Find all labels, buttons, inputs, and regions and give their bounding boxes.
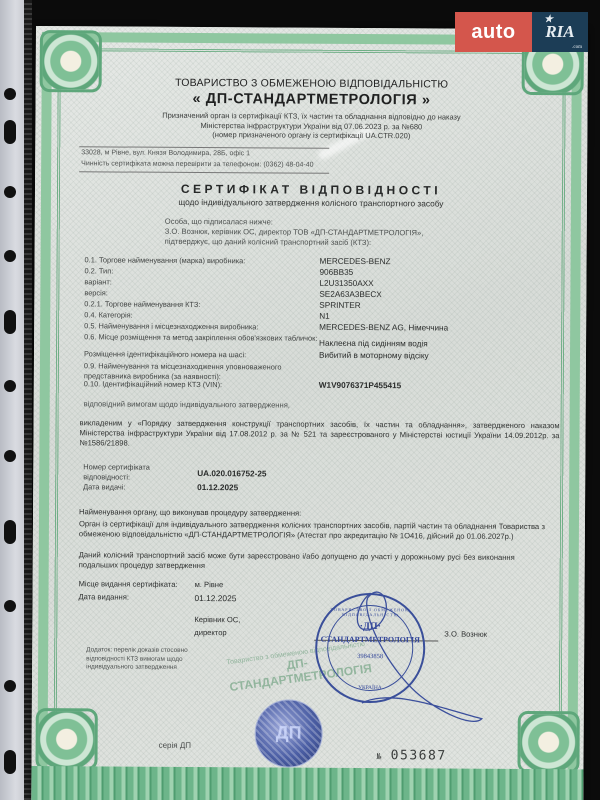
cert-number-value: UA.020.016752-25 — [197, 469, 266, 478]
issue-date-label: Дата видання: — [78, 592, 129, 602]
punch-hole — [4, 88, 16, 100]
vehicle-field-value: 906BB35 — [319, 268, 353, 277]
stamp-dp: ·ДП· — [317, 621, 423, 633]
compliance-paragraph: викладеним у «Порядку затвердження конст… — [79, 418, 559, 451]
punch-hole — [4, 186, 16, 198]
vehicle-field-label: Розміщення ідентифікаційного номера на ш… — [84, 349, 324, 360]
signer-role: Керівник ОС, — [194, 615, 240, 625]
logo-com: .com — [572, 45, 582, 50]
address-box: 33028, м Рівне, вул. Князя Володимира, 2… — [79, 146, 329, 174]
compliance-line: відповідний вимогам щодо індивідуального… — [84, 399, 290, 410]
issue-place-label: Місце видання сертифіката: — [79, 579, 178, 590]
vehicle-field-label: 0.2. Тип: — [84, 266, 324, 277]
serial-prefix: № — [377, 752, 382, 761]
cert-number-label: Номер сертифіката відповідності: — [83, 462, 173, 483]
star-icon: ★ — [544, 14, 553, 25]
vehicle-field-value: SPRINTER — [319, 301, 360, 310]
punch-hole — [4, 310, 16, 334]
stamp-arc-text: ТОВАРИСТВО З ОБМЕЖЕНОЮ ВІДПОВІДАЛЬНІСТЮ — [317, 607, 423, 618]
certificate-document: ТОВАРИСТВО З ОБМЕЖЕНОЮ ВІДПОВІДАЛЬНІСТЮ … — [31, 26, 588, 800]
signer-name: З.О. Вознюк — [444, 630, 487, 640]
vehicle-field-label: варіант: — [84, 277, 324, 288]
vehicle-field-value: Вибитий в моторному відсіку — [319, 351, 429, 361]
vehicle-field-label: 0.5. Найменування і місцезнаходження вир… — [84, 321, 324, 332]
vehicle-field-label: версія: — [84, 288, 324, 299]
punch-hole — [4, 450, 16, 462]
vehicle-field-value: L2U31350AXX — [319, 279, 373, 288]
stamp-center-text: СТАНДАРТМЕТРОЛОГІЯ — [317, 635, 423, 645]
serial-number: № 053687 — [377, 748, 447, 763]
official-stamp: ТОВАРИСТВО З ОБМЕЖЕНОЮ ВІДПОВІДАЛЬНІСТЮ … — [315, 593, 426, 704]
hologram-icon: ДП — [254, 699, 322, 767]
punch-hole — [4, 120, 16, 144]
logo-ria: ★ RIA .com — [532, 12, 588, 52]
org-title: « ДП-СТАНДАРТМЕТРОЛОГІЯ » — [36, 90, 588, 109]
stamp-code: 39843858 — [317, 653, 423, 661]
designation-note: Призначений орган із сертифікації КТЗ, ї… — [75, 110, 547, 141]
vehicle-field-value: W1V9076371P455415 — [319, 381, 401, 391]
vehicle-field-value: SE2A63A3BECX — [319, 290, 381, 299]
address-line: 33028, м Рівне, вул. Князя Володимира, 2… — [81, 149, 250, 157]
punch-hole — [4, 520, 16, 544]
authority-body: Орган із сертифікації для індивідуальног… — [79, 519, 545, 542]
appendix-note: Додаток: перелік доказів стосовно відпов… — [86, 646, 206, 672]
punch-hole — [4, 680, 16, 692]
punch-hole — [4, 250, 16, 262]
vehicle-field-label: 0.1. Торгове найменування (марка) виробн… — [85, 255, 325, 266]
cert-date-value: 01.12.2025 — [197, 483, 238, 492]
intro-line: Особа, що підписалася нижче: — [165, 217, 273, 228]
issue-place-value: м. Рівне — [195, 580, 224, 590]
registration-note: Даний колісний транспортний засіб може б… — [79, 550, 515, 573]
logo-ria-text: RIA — [545, 22, 574, 42]
vehicle-field-value: Наклеєна під сидінням водія — [319, 339, 428, 349]
vehicle-field-label: 0.6. Місце розміщення та метод закріплен… — [84, 332, 324, 343]
signer-role: директор — [194, 628, 226, 638]
serial-value: 053687 — [391, 748, 447, 763]
bottom-ornament-band — [31, 766, 583, 800]
vehicle-field-label: 0.4. Категорія: — [84, 310, 324, 321]
vehicle-field-value: N1 — [319, 312, 330, 321]
punch-hole — [4, 600, 16, 612]
vehicle-field-value: MERCEDES-BENZ — [320, 257, 391, 266]
autoria-logo: auto ★ RIA .com — [455, 12, 588, 52]
series-label: серія ДП — [159, 741, 191, 750]
intro-line: підтверджує, що даний колісний транспорт… — [165, 237, 372, 248]
punch-hole — [4, 750, 16, 774]
vehicle-field-label: 0.10. Ідентифікаційний номер КТЗ (VIN): — [84, 379, 324, 390]
punch-hole — [4, 380, 16, 392]
stamp-country: УКРАЇНА — [317, 685, 423, 692]
vehicle-field-label: 0.2.1. Торгове найменування КТЗ: — [84, 299, 324, 310]
sleeve-edge — [24, 0, 32, 800]
corner-ornament-icon — [35, 708, 97, 770]
authority-heading: Найменування органу, що виконував процед… — [79, 507, 301, 518]
vehicle-field-value: MERCEDES-BENZ AG, Німеччина — [319, 323, 448, 333]
verification-phone-line: Чинність сертифіката можна перевірити за… — [81, 160, 313, 168]
logo-auto: auto — [455, 12, 532, 52]
issue-date-value: 01.12.2025 — [194, 593, 236, 603]
binder-sleeve — [0, 0, 26, 800]
corner-ornament-icon — [517, 711, 579, 773]
